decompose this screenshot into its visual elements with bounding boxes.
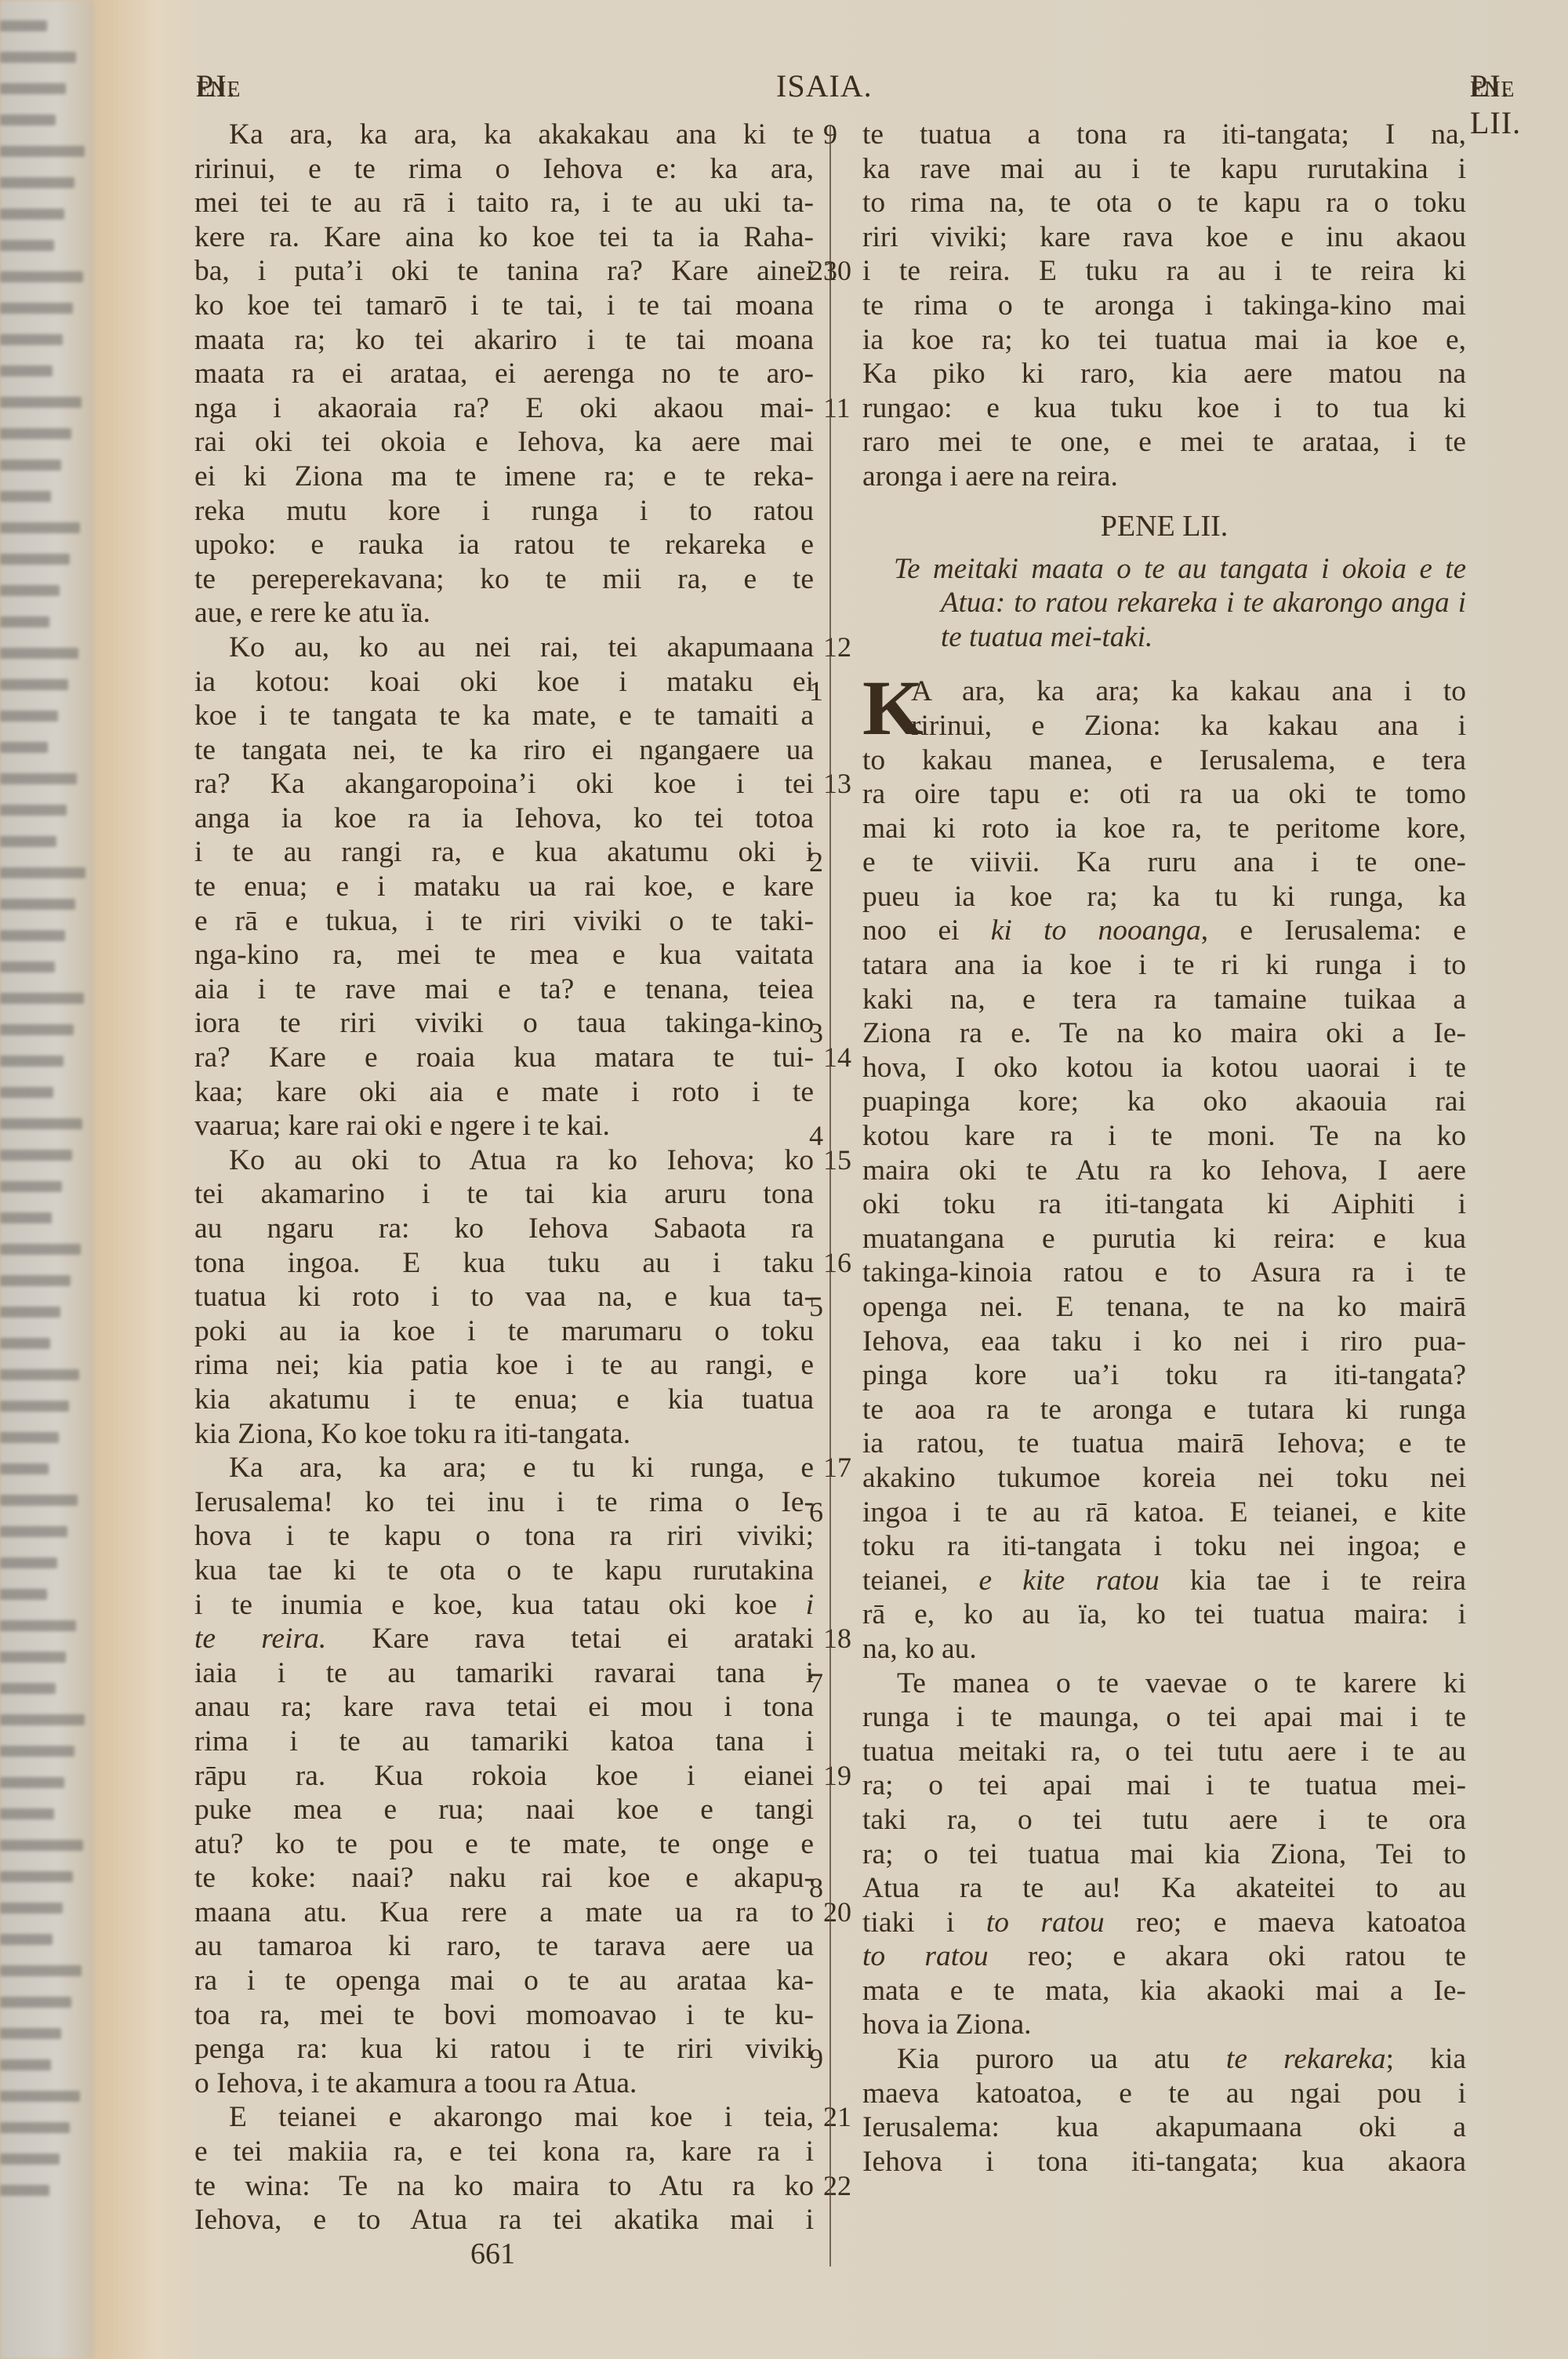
text-line: rima i te au tamariki katoa tana i [194,1725,814,1759]
blurred-text-line [0,836,56,847]
text-line: iora te riri viviki o taua takinga-kino [194,1006,814,1041]
text-line: hova, I oko kotou ia kotou uaorai i te [862,1051,1466,1085]
text-line: rai oki tei okoia e Iehova, ka aere mai [194,425,814,460]
text-line: poki au ia koe i te marumaru o toku [194,1314,814,1349]
book-page: Pene LI. ISAIA. Pene LI. LII. Ka ara, ka… [0,0,1568,2359]
text-line: tona ingoa. E kua tuku au i taku16 [194,1246,814,1281]
text-line: te pereperekavana; ko te mii ra, e te [194,562,814,597]
running-head-book-title: ISAIA. [776,67,873,104]
blurred-text-line [0,1934,53,1945]
text-line: puke mea e rua; naai koe e tangi [194,1793,814,1827]
blurred-text-line [0,711,58,722]
blurred-text-line [0,1338,50,1349]
blurred-text-line [0,773,77,784]
text-line: reka mutu kore i runga i to ratou [194,494,814,529]
verse-number: 5 [809,1290,848,1325]
text-line: kia Ziona, Ko koe toku ra iti-tangata. [194,1417,814,1452]
blurred-text-line [0,1871,73,1882]
text-line: maata ra ei arataa, ei aerenga no te aro… [194,357,814,391]
blurred-text-line [0,1056,64,1067]
text-line: ia koe ra; ko tei tuatua mai ia koe e, [862,323,1466,358]
text-line: kua tae ki te ota o te kapu rurutakina [194,1554,814,1588]
verse-number: 3 [809,1016,848,1051]
blurred-text-line [0,365,53,376]
blurred-text-line [0,2091,80,2102]
blurred-text-line [0,2059,51,2070]
chapter-52-body: to kakau manea, e Ierusalema, e terara o… [862,743,1466,2179]
text-line: takinga-kinoia ratou e to Asura ra i te [862,1256,1466,1290]
text-line: rā e, ko au ïa, ko tei tuatua maira: i [862,1598,1466,1632]
text-line: mata e te mata, kia akaoki mai a Ie- [862,1974,1466,2008]
chapter-summary: Te meitaki maata o te au tangata i okoia… [894,552,1466,655]
text-line: mei tei te au rā i taito ra, i te au uki… [194,186,814,220]
blurred-text-line [0,460,61,471]
text-line: ka rave mai au i te kapu rurutakina i [862,152,1466,187]
blurred-text-line [0,1307,60,1318]
blurred-text-line [0,1275,71,1286]
blurred-text-line [0,1620,76,1631]
text-line: anau ra; kare rava tetai ei mou i tona [194,1690,814,1725]
blurred-text-line [0,428,71,439]
blurred-text-line [0,2185,49,2196]
chapter-51-continuation: te tuatua a tona ra iti-tangata; I na,ka… [862,118,1466,494]
text-line: hova ia Ziona. [862,2008,1466,2042]
blurred-text-line [0,585,60,596]
text-line: Atua ra te au! Ka akateitei to au8 [862,1871,1466,1906]
text-line: rima nei; kia patia koe i te au rangi, e [194,1348,814,1383]
blurred-text-line [0,240,54,251]
blurred-text-line [0,522,80,533]
text-line: ra; o tei apai mai i te tuatua mei- [862,1768,1466,1803]
blurred-text-line [0,805,67,816]
text-line: Iehova i tona iti-tangata; kua akaora [862,2145,1466,2179]
text-line: Ierusalema! ko tei inu i te rima o Ie- [194,1485,814,1520]
text-line: Ka ara, ka ara; e tu ki runga, e17 [194,1451,814,1485]
text-line: i te reira. E tuku ra au i te reira ki23 [862,254,1466,289]
blurred-text-line [0,1965,82,1976]
text-line: atu? ko te pou e te mate, te onge e [194,1827,814,1862]
text-line: pinga kore ua’i toku ra iti-tangata? [862,1358,1466,1393]
text-line: e rā e tukua, i te riri viviki o te taki… [194,904,814,939]
blurred-text-line [0,303,73,314]
text-line: e te viivii. Ka ruru ana i te one-2 [862,845,1466,880]
text-line: raro mei te one, e mei te arataa, i te [862,425,1466,460]
blurred-text-line [0,20,47,31]
text-line: ia ratou, te tuatua mairā Iehova; e te [862,1427,1466,1461]
text-line: ra? Kare e roaia kua matara te tui-14 [194,1041,814,1075]
blurred-text-line [0,1432,59,1443]
blurred-text-line [0,1840,83,1851]
text-line: riri viviki; kare rava koe e inu akaou [862,220,1466,255]
blurred-text-line [0,1401,69,1412]
text-line: to kakau manea, e Ierusalema, e tera [862,743,1466,778]
text-line: te rima o te aronga i takinga-kino mai [862,289,1466,323]
text-line: ririnui, e te rima o Iehova e: ka ara, [194,152,814,187]
verse-number: 9 [809,2042,848,2077]
blurred-text-line [0,491,51,502]
text-line: te koke: naai? naku rai koe e akapu- [194,1861,814,1896]
blurred-text-line [0,616,49,627]
text-line: Ziona ra e. Te na ko maira oki a Ie-3 [862,1016,1466,1051]
blurred-text-line [0,961,55,972]
text-line: na, ko au. [862,1632,1466,1667]
verse-number: 23 [809,254,848,289]
blurred-text-line [0,1495,78,1506]
text-line: tiaki i to ratou reo; e maeva katoatoa [862,1906,1466,1940]
text-line: maana atu. Kua rere a mate ua ra to20 [194,1896,814,1930]
blurred-text-line [0,2122,70,2133]
blurred-text-line [0,1118,82,1129]
text-line: kotou kare ra i te moni. Te na ko4 [862,1119,1466,1154]
blurred-text-line [0,1181,62,1192]
text-line: i te inumia e koe, kua tatau oki koe i [194,1588,814,1623]
blurred-text-line [0,1463,49,1474]
text-line: rungao: e kua tuku koe i to tua ki [862,391,1466,426]
blurred-text-line [0,1150,72,1161]
text-line: aue, e rere ke atu ïa. [194,596,814,631]
blurred-text-line [0,83,66,94]
blurred-text-line [0,271,83,282]
blurred-text-line [0,679,68,690]
text-line: kaki na, e tera ra tamaine tuikaa a [862,983,1466,1017]
text-line: toku ra iti-tangata i toku nei ingoa; e [862,1529,1466,1564]
text-line: ra i te openga mai o te au arataa ka- [194,1964,814,1998]
verse-number: 6 [809,1496,848,1530]
blurred-text-line [0,930,65,941]
text-line: maira oki te Atu ra ko Iehova, I aere [862,1154,1466,1188]
text-line: penga ra: kua ki ratou i te riri viviki [194,2032,814,2066]
text-line: aronga i aere na reira. [862,460,1466,494]
text-line: ra oire tapu e: oti ra ua oki te tomo [862,777,1466,812]
blurred-text-line [0,114,56,125]
text-line: A ara, ka ara; ka kakau ana i to1 [862,674,1466,709]
text-line: ririnui, e Ziona: ka kakau ana i [862,709,1466,743]
text-line: oki toku ra iti-tangata ki Aiphiti i [862,1187,1466,1222]
text-line: au ngaru ra: ko Iehova Sabaota ra [194,1212,814,1246]
verse-number: 2 [809,845,848,880]
text-line: iaia i te au tamariki ravarai tana i [194,1656,814,1691]
text-line: ba, i puta’i oki te tanina ra? Kare aine… [194,254,814,289]
blurred-text-line [0,1589,47,1600]
text-line: Ka ara, ka ara, ka akakakau ana ki te9 [194,118,814,152]
text-line: kere ra. Kare aina ko koe tei ta ia Raha… [194,220,814,255]
text-line: koe i te tangata te ka mate, e te tamait… [194,699,814,733]
verse-number: 8 [809,1871,848,1906]
text-line: anga ia koe ra ia Iehova, ko tei totoa [194,801,814,836]
text-line: tuatua ki roto i to vaa na, e kua ta- [194,1280,814,1314]
text-line: kia akatumu i te enua; e kia tuatua [194,1383,814,1417]
verse-number: 1 [809,674,848,709]
blurred-text-line [0,1526,67,1537]
blurred-text-line [0,1558,57,1568]
text-line: kaa; kare oki aia e mate i roto i te [194,1075,814,1110]
chapter-title: PENE LII. [862,505,1466,547]
text-line: e tei makiia ra, e tei kona ra, kare ra … [194,2135,814,2169]
blurred-text-line [0,899,75,910]
blurred-text-line [0,648,78,659]
blurred-text-line [0,146,85,157]
text-line: Ko au, ko au nei rai, tei akapumaana12 [194,631,814,665]
blurred-text-line [0,1808,54,1819]
blurred-text-line [0,867,85,878]
running-head: Pene LI. ISAIA. Pene LI. LII. [196,67,1470,107]
text-line: muatangana e purutia ki reira: e kua [862,1222,1466,1256]
text-line: te enua; e i mataku ua rai koe, e kare [194,870,814,904]
text-line: aia i te rave mai e ta? e tenana, teiea [194,972,814,1007]
blurred-text-line [0,209,64,220]
blurred-text-line [0,1024,74,1035]
text-line: tatara ana ia koe i te ri ki runga i to [862,948,1466,983]
text-line: au tamaroa ki raro, te tarava aere ua [194,1929,814,1964]
text-line: toa ra, mei te bovi momoavao i te ku- [194,1998,814,2033]
blurred-text-line [0,1997,71,2008]
blurred-text-line [0,2028,61,2039]
text-line: to rima na, te ota o te kapu ra o toku [862,186,1466,220]
text-line: ia kotou: koai oki koe i mataku ei [194,665,814,700]
blurred-text-line [0,554,70,565]
column-rule [829,125,831,2266]
text-line: maata ra; ko tei akariro i te tai moana [194,323,814,358]
text-line: tuatua meitaki ra, o tei tutu aere i te … [862,1735,1466,1769]
text-line: Ierusalema: kua akapumaana oki a [862,2110,1466,2145]
text-line: tei akamarino i te tai kia aruru tona [194,1177,814,1212]
blurred-text-line [0,1714,85,1725]
text-line: Iehova, e to Atua ra tei akatika mai i [194,2203,814,2237]
blurred-text-line [0,1652,66,1663]
text-line: runga i te maunga, o tei apai mai i te [862,1700,1466,1735]
text-line: hova i te kapu o tona ra riri viviki; [194,1519,814,1554]
blurred-text-line [0,1777,64,1788]
text-line: Te manea o te vaevae o te karere ki7 [862,1667,1466,1701]
blurred-text-line [0,1087,53,1098]
text-line: te wina: Te na ko maira to Atu ra ko22 [194,2169,814,2204]
blurred-text-line [0,52,76,63]
text-line: openga nei. E tenana, te na ko mairā5 [862,1290,1466,1325]
text-line: teianei, e kite ratou kia tae i te reira [862,1564,1466,1598]
right-column: te tuatua a tona ra iti-tangata; I na,ka… [862,118,1466,2179]
text-line: te reira. Kare rava tetai ei arataki18 [194,1622,814,1656]
text-line: taki ra, o tei tutu aere i te ora [862,1803,1466,1837]
text-line: noo ei ki to nooanga, e Ierusalema: e [862,914,1466,948]
text-line: o Iehova, i te akamura a toou ra Atua. [194,2066,814,2101]
chapter-52-opening: K A ara, ka ara; ka kakau ana i to1 riri… [862,674,1466,743]
blurred-text-line [0,1244,81,1255]
blurred-text-line [0,742,48,753]
text-line: ra? Ka akangaropoina’i oki koe i tei13 [194,767,814,801]
text-line: ei ki Ziona ma te imene ra; e te reka- [194,460,814,494]
text-line: puapinga kore; ka oko akaouia rai [862,1085,1466,1119]
text-line: akakino tukumoe koreia nei toku nei [862,1461,1466,1496]
text-line: E teianei e akarongo mai koe i teia,21 [194,2100,814,2135]
blurred-text-line [0,1683,56,1694]
verse-number: 4 [809,1119,848,1154]
blurred-text-line [0,397,82,408]
text-line: ingoa i te au rā katoa. E teianei, e kit… [862,1496,1466,1530]
text-line: Kia puroro ua atu te rekareka; kia9 [862,2042,1466,2077]
text-line: to ratou reo; e akara oki ratou te [862,1939,1466,1974]
text-line: vaarua; kare rai oki e ngere i te kai. [194,1109,814,1143]
text-line: Ka piko ki raro, kia aere matou na [862,357,1466,391]
text-line: mai ki roto ia koe ra, te peritome kore, [862,812,1466,846]
blurred-text-line [0,993,84,1004]
left-column: Ka ara, ka ara, ka akakakau ana ki te9ri… [194,118,814,2237]
text-line: maeva katoatoa, e te au ngai pou i [862,2077,1466,2111]
blurred-text-line [0,177,74,188]
blurred-text-line [0,1746,74,1757]
text-line: nga i akaoraia ra? E oki akaou mai-11 [194,391,814,426]
text-line: Ko au oki to Atua ra ko Iehova; ko15 [194,1143,814,1178]
verse-number: 7 [809,1667,848,1701]
text-line: te aoa ra te aronga e tutara ki runga [862,1393,1466,1427]
text-line: ko koe tei tamarō i te tai, i te tai moa… [194,289,814,323]
blurred-text-line [0,1369,79,1380]
previous-page-edge [0,0,94,2359]
text-line: te tangata nei, te ka riro ei ngangaere … [194,733,814,768]
text-line: Iehova, eaa taku i ko nei i riro pua- [862,1325,1466,1359]
blurred-text-line [0,334,63,345]
blurred-text-line [0,2154,60,2165]
text-line: upoko: e rauka ia ratou te rekareka e [194,528,814,562]
text-line: rāpu ra. Kua rokoia koe i eianei19 [194,1759,814,1794]
text-line: pueu ia koe ra; ka tu ki runga, ka [862,880,1466,914]
blurred-text-line [0,1212,52,1223]
text-line: te tuatua a tona ra iti-tangata; I na, [862,118,1466,152]
text-line: ra; o tei tuatua mai kia Ziona, Tei to [862,1837,1466,1872]
text-line: i te au rangi ra, e kua akatumu oki i [194,835,814,870]
text-line: nga-kino ra, mei te mea e kua vaitata [194,938,814,972]
page-number: 661 [470,2237,515,2271]
blurred-text-line [0,1903,63,1914]
